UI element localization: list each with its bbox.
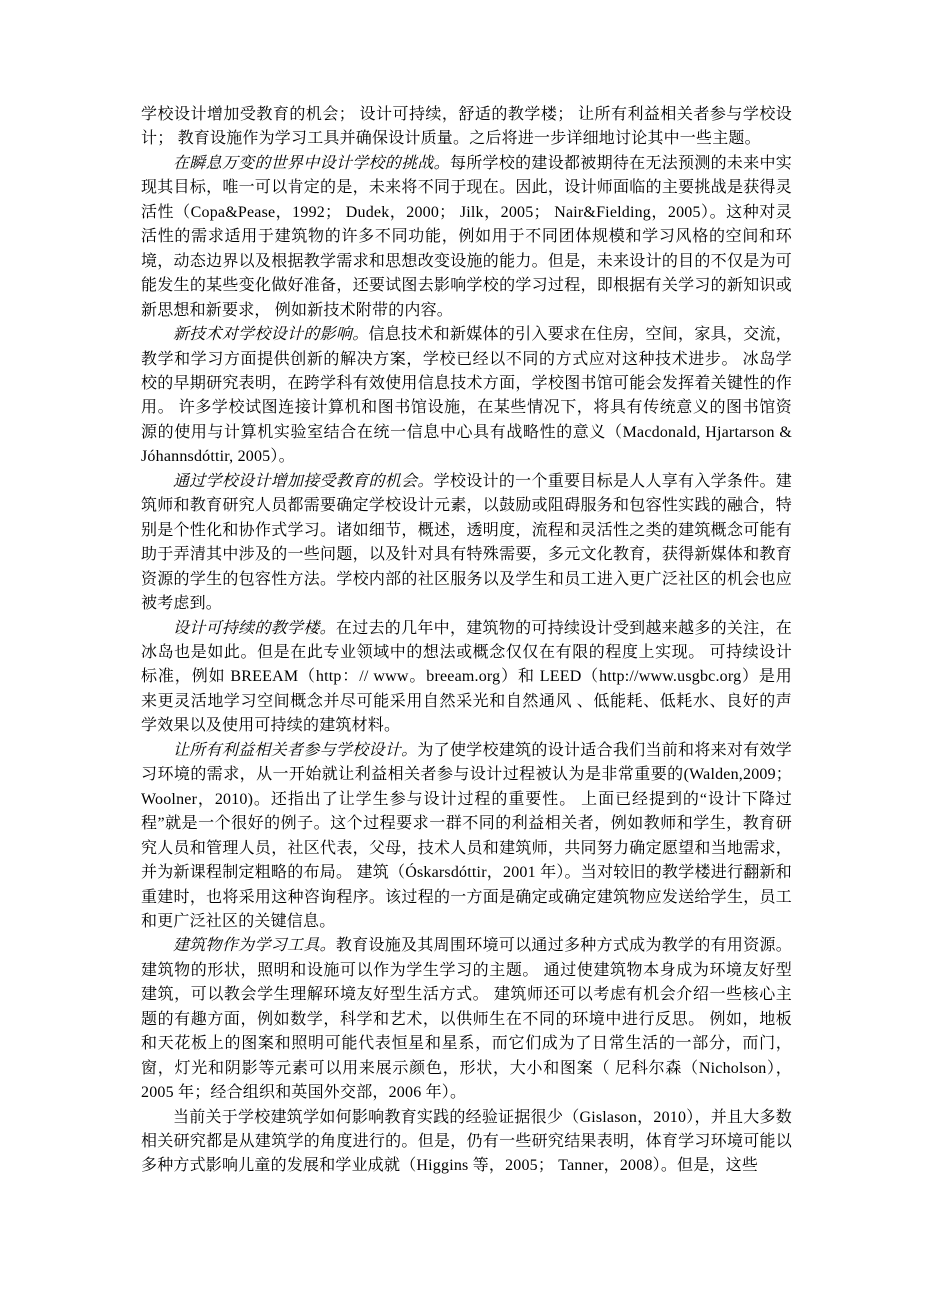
paragraph-lead: 通过学校设计增加接受教育的机会。 (173, 473, 434, 490)
document-body-text: 学校设计增加受教育的机会； 设计可持续，舒适的教学楼； 让所有利益相关者参与学校… (141, 103, 792, 1179)
paragraph: 当前关于学校建筑学如何影响教育实践的经验证据很少（Gislason，2010），… (141, 1106, 792, 1179)
paragraph-text: 每所学校的建设都被期待在无法预测的未来中实现其目标，唯一可以肯定的是，未来将不同… (141, 155, 792, 319)
paragraph: 通过学校设计增加接受教育的机会。学校设计的一个重要目标是人人享有入学条件。建筑师… (141, 470, 792, 617)
paragraph: 新技术对学校设计的影响。信息技术和新媒体的引入要求在住房，空间，家具，交流，教学… (141, 323, 792, 470)
paragraph-lead: 让所有利益相关者参与学校设计。 (173, 742, 417, 759)
paragraph-text: 学校设计的一个重要目标是人人享有入学条件。建筑师和教育研究人员都需要确定学校设计… (141, 473, 792, 612)
paragraph-lead: 在瞬息万变的世界中设计学校的挑战。 (173, 155, 450, 172)
paragraph: 建筑物作为学习工具。教育设施及其周围环境可以通过多种方式成为教学的有用资源。建筑… (141, 934, 792, 1105)
paragraph-text: 为了使学校建筑的设计适合我们当前和将来对有效学习环境的需求，从一开始就让利益相关… (141, 742, 792, 930)
paragraph-text: 学校设计增加受教育的机会； 设计可持续，舒适的教学楼； 让所有利益相关者参与学校… (141, 106, 792, 147)
paragraph-text: 教育设施及其周围环境可以通过多种方式成为教学的有用资源。建筑物的形状，照明和设施… (141, 937, 792, 1101)
paragraph: 在瞬息万变的世界中设计学校的挑战。每所学校的建设都被期待在无法预测的未来中实现其… (141, 152, 792, 323)
paragraph: 学校设计增加受教育的机会； 设计可持续，舒适的教学楼； 让所有利益相关者参与学校… (141, 103, 792, 152)
paragraph-lead: 设计可持续的教学楼。 (173, 620, 336, 637)
paragraph-lead: 建筑物作为学习工具。 (173, 937, 336, 954)
paragraph-text: 当前关于学校建筑学如何影响教育实践的经验证据很少（Gislason，2010），… (141, 1109, 792, 1175)
document-page: 学校设计增加受教育的机会； 设计可持续，舒适的教学楼； 让所有利益相关者参与学校… (0, 0, 926, 1309)
paragraph-text: 信息技术和新媒体的引入要求在住房，空间，家具，交流，教学和学习方面提供创新的解决… (141, 326, 792, 465)
paragraph-lead: 新技术对学校设计的影响。 (173, 326, 369, 343)
paragraph: 设计可持续的教学楼。在过去的几年中，建筑物的可持续设计受到越来越多的关注，在冰岛… (141, 617, 792, 739)
paragraph: 让所有利益相关者参与学校设计。为了使学校建筑的设计适合我们当前和将来对有效学习环… (141, 739, 792, 935)
